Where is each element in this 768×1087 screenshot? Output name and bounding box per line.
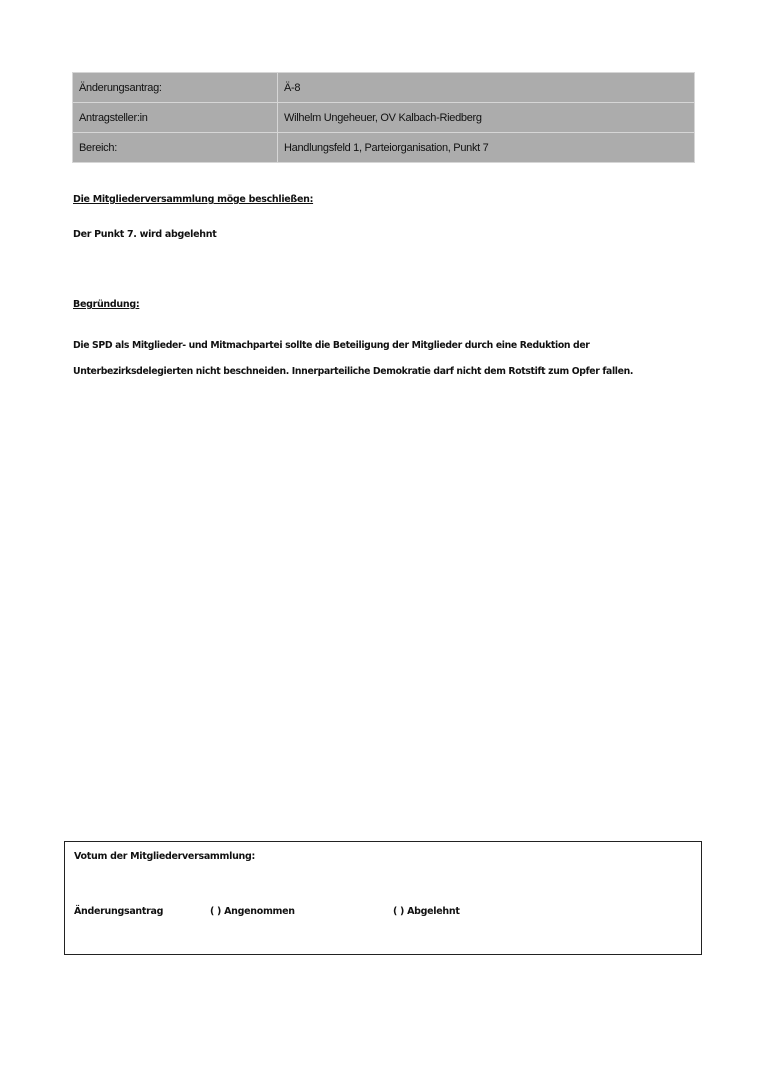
table-row: Bereich: Handlungsfeld 1, Parteiorganisa… xyxy=(73,133,695,163)
justification-text: Die SPD als Mitglieder- und Mitmachparte… xyxy=(73,333,693,385)
meta-value: Handlungsfeld 1, Parteiorganisation, Pun… xyxy=(278,133,695,163)
table-row: Antragsteller:in Wilhelm Ungeheuer, OV K… xyxy=(73,103,695,133)
table-row: Änderungsantrag: Ä-8 xyxy=(73,73,695,103)
resolution-text: Der Punkt 7. wird abgelehnt xyxy=(73,229,216,240)
meta-label: Bereich: xyxy=(73,133,278,163)
vote-box: Votum der Mitgliederversammlung: Änderun… xyxy=(64,841,702,955)
motion-meta-table: Änderungsantrag: Ä-8 Antragsteller:in Wi… xyxy=(72,72,695,163)
document-page: Änderungsantrag: Ä-8 Antragsteller:in Wi… xyxy=(0,0,768,1087)
vote-title: Votum der Mitgliederversammlung: xyxy=(74,851,255,862)
vote-row-label: Änderungsantrag xyxy=(74,906,163,917)
resolution-heading: Die Mitgliederversammlung möge beschließ… xyxy=(73,194,313,205)
meta-value: Wilhelm Ungeheuer, OV Kalbach-Riedberg xyxy=(278,103,695,133)
vote-option-accepted[interactable]: ( ) Angenommen xyxy=(210,906,295,917)
meta-label: Antragsteller:in xyxy=(73,103,278,133)
justification-heading: Begründung: xyxy=(73,299,139,310)
meta-value: Ä-8 xyxy=(278,73,695,103)
vote-option-rejected[interactable]: ( ) Abgelehnt xyxy=(393,906,460,917)
meta-label: Änderungsantrag: xyxy=(73,73,278,103)
